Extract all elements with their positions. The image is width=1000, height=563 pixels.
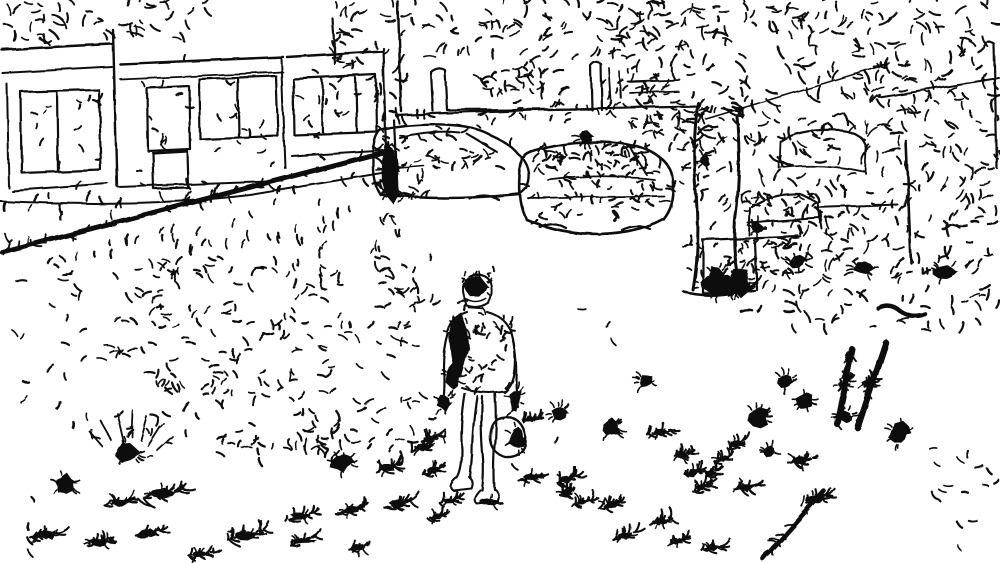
sprinkle-5-mark <box>963 492 969 493</box>
grass-tuft-blade <box>302 515 309 516</box>
grass-tuft-blade <box>869 377 870 385</box>
bush-behind-trunk-mark <box>660 159 661 168</box>
wall-top-grass-mark <box>518 108 523 109</box>
grass-tuft-core-hair <box>579 495 580 499</box>
grass-tuft-blade <box>720 458 721 461</box>
grass-tuft-blade <box>431 437 438 438</box>
trunk-texture-mark <box>708 126 717 127</box>
grass-tuft-blade <box>739 443 745 444</box>
leaf-field-main-mark <box>324 325 330 326</box>
bush-right-of-pole-mark <box>979 295 985 296</box>
car-mid-texture-mark <box>807 206 808 214</box>
leaf-clump-hair <box>546 414 551 415</box>
bushes-right-mark <box>825 139 834 140</box>
bush-dark-4-hair <box>763 229 766 230</box>
car-right-glass-mark <box>590 150 591 155</box>
foliage-top-right-mark <box>998 116 999 121</box>
grass-tuft-blade <box>228 534 229 539</box>
sprinkle-2-mark <box>289 439 290 445</box>
leaf-field-main-mark <box>231 390 232 395</box>
far-wall-bottom <box>447 109 593 110</box>
foliage-top-right-mark <box>937 0 938 1</box>
leaf-field-main-mark <box>332 429 333 439</box>
curb-hatch-mark <box>111 249 112 258</box>
grass-tuft-blade <box>871 374 872 382</box>
foliage-top-right-mark <box>718 16 719 21</box>
sprinkle-7-mark <box>27 523 28 530</box>
sprinkle-1-mark <box>73 422 74 428</box>
bush-dark-4-hair <box>756 233 757 240</box>
foliage-top-right-mark <box>913 94 914 103</box>
foliage-top-left-mark <box>44 15 45 23</box>
sketch-image <box>0 0 1000 563</box>
grass-base-mark <box>125 239 126 245</box>
leaf-clump-hair <box>341 472 342 478</box>
curb-hatch-mark <box>172 234 173 241</box>
wall-top-grass-mark <box>655 114 662 115</box>
hedge-far-2-mark <box>654 75 658 76</box>
grass-tuft-blade <box>537 476 544 477</box>
leaf-field-main-mark <box>278 323 279 329</box>
foliage-top-left-mark <box>38 35 44 36</box>
hedge-far-2-mark <box>628 69 629 73</box>
leaf-field-main-mark <box>233 321 242 322</box>
grass-tuft-blade <box>698 471 706 472</box>
foliage-top-right-mark <box>970 111 971 116</box>
car-right-glass-mark <box>607 153 615 154</box>
car-right-body-mark <box>612 207 619 208</box>
car-right-glass-mark <box>615 156 620 157</box>
leaf-field-main-mark <box>297 259 298 265</box>
foliage-top-right-mark <box>637 13 643 14</box>
leaf-field-main-mark <box>182 337 187 338</box>
facade-marks-mark <box>137 171 142 172</box>
leaf-field-main-mark <box>414 306 415 311</box>
leaf-field-main-mark <box>148 456 153 457</box>
leaf-field-main-mark <box>319 274 320 282</box>
leaf-clump-hair <box>804 390 805 394</box>
hedge-far-mark <box>511 89 519 90</box>
leaf-field-main-mark <box>401 397 402 403</box>
grass-base-mark <box>302 238 303 243</box>
bush-dark-4-hair <box>758 217 759 224</box>
leaf-field-main-mark <box>379 282 385 283</box>
grass-tuft-core-hair <box>145 494 150 495</box>
foliage-right-edge-mark <box>988 168 994 169</box>
window-reflect-1-mark <box>80 105 81 109</box>
foliage-top-right-mark <box>825 11 826 18</box>
grass-streak-2-hair <box>879 363 880 369</box>
person-shoulder-scribble-mark <box>475 329 476 333</box>
leaf-field-main-mark <box>236 305 237 311</box>
grass-tuft-blade <box>670 508 671 518</box>
person-hair-spikes-mark <box>464 272 465 275</box>
leaf-clump-hair <box>813 400 819 401</box>
grass-base-mark <box>375 240 376 251</box>
curb-hatch-mark <box>226 239 227 249</box>
leaf-field-left-mark <box>67 314 68 320</box>
leaf-field-main-mark <box>322 438 328 439</box>
window-reflect-3-mark <box>249 129 250 137</box>
bushes-right-mark <box>785 311 794 312</box>
grass-tuft-blade <box>731 450 732 455</box>
curb-hatch-mark <box>28 237 29 243</box>
foliage-top-left-mark <box>67 13 68 22</box>
car-mid-texture-mark <box>826 229 827 234</box>
car-left-texture-mark <box>422 140 427 141</box>
grass-base-mark <box>333 222 334 231</box>
grass-tuft-blade <box>445 510 446 514</box>
grass-tuft-blade <box>788 462 792 463</box>
wall-top-grass-mark <box>526 116 527 120</box>
car-left-texture-mark <box>405 147 410 148</box>
leaf-field-left-mark <box>16 280 26 281</box>
person-hand-dark-hair <box>445 410 446 414</box>
pillar-dark-hair <box>378 168 382 169</box>
bushes-right-mark <box>845 304 851 305</box>
sketch-canvas <box>0 0 1000 563</box>
grass-tuft-core-hair <box>632 535 638 536</box>
leaf-field-main-mark <box>338 272 339 282</box>
foliage-top-right-mark <box>989 43 994 44</box>
grass-tuft-blade <box>574 496 575 503</box>
leaf-clump-hair <box>853 416 858 417</box>
leaf-clump-hair <box>140 451 144 452</box>
pillar-texture-mark <box>390 216 394 217</box>
grass-tuft-core-hair <box>712 458 718 459</box>
grass-tuft-blade <box>716 463 717 471</box>
curb-hatch-mark <box>189 245 190 255</box>
foliage-top-mid-mark <box>545 35 552 36</box>
sprinkle-2-mark <box>272 443 273 448</box>
planter-column-2-hair <box>749 282 754 283</box>
grass-tuft-blade <box>698 485 699 489</box>
bush-right-of-pole-mark <box>952 297 953 306</box>
grass-tuft-blade <box>573 487 574 490</box>
between-poles-mark <box>380 84 381 94</box>
grass-tuft-blade <box>54 532 57 533</box>
sprinkle-3-mark <box>430 254 431 259</box>
sprinkle-5-mark <box>944 486 953 487</box>
bushes-right-mark <box>799 285 800 293</box>
grass-tuft-blade <box>445 500 451 501</box>
leaf-clump-hair <box>756 403 757 408</box>
person-jacket-dark-hair <box>461 315 462 319</box>
between-poles-mark <box>353 62 354 70</box>
foliage-top-right-mark <box>955 99 964 100</box>
foliage-top-right-mark <box>888 99 889 106</box>
grass-tuft-blade <box>425 430 426 439</box>
bushes-right-mark <box>843 248 852 249</box>
person-bag-shade-hair <box>515 423 516 426</box>
grass-tuft-blade <box>691 446 692 453</box>
foliage-top-right-mark <box>835 2 836 10</box>
leaf-field-main-mark <box>338 284 343 285</box>
foliage-right-edge-mark <box>972 221 979 222</box>
facade-marks-mark <box>184 55 185 61</box>
grass-tuft-core-hair <box>53 535 58 536</box>
person-hair-spikes-mark <box>493 267 494 271</box>
leaf-field-main-mark <box>310 295 317 296</box>
person-torso-scribble-mark <box>481 375 482 381</box>
grass-tuft-blade <box>562 488 563 494</box>
grass-tuft-blade <box>300 541 306 542</box>
car-front-dark-hair <box>584 143 585 148</box>
bush-right-of-pole-mark <box>907 271 912 272</box>
leaf-clump-hair <box>634 382 638 383</box>
bush-behind-trunk-mark <box>687 119 693 120</box>
curb-hatch-mark <box>399 230 400 237</box>
leaf-ray <box>132 411 133 437</box>
leaf-field-main-mark <box>302 409 303 415</box>
grass-streak-3-hair <box>807 510 808 514</box>
person-shoe-sole-hair <box>497 501 502 502</box>
leaf-field-main-mark <box>145 372 155 373</box>
leaf-field-main-mark <box>302 322 308 323</box>
trunk-texture-mark <box>733 103 737 104</box>
foliage-top-left-mark <box>86 11 91 12</box>
grass-tuft-blade <box>814 500 820 501</box>
grass-tuft-blade <box>662 510 663 521</box>
leaf-field-main-mark <box>230 359 237 360</box>
grass-tuft-blade <box>656 429 657 433</box>
leaf-field-main-mark <box>401 337 402 346</box>
trunk-texture-mark <box>722 136 723 141</box>
planter-column-1-hair <box>716 296 717 303</box>
foliage-top-right-mark <box>713 6 719 7</box>
foliage-top-left-mark <box>44 35 45 41</box>
grass-tuft-blade <box>184 489 195 490</box>
hedge-far-mark <box>542 84 543 92</box>
bushes-right-mark <box>822 250 832 251</box>
person-shoulder-scribble-mark <box>511 322 512 328</box>
sprinkle-6-mark <box>579 310 587 311</box>
car-right-body-mark <box>579 215 583 216</box>
grass-tuft-blade <box>707 476 715 477</box>
leaf-field-main-mark <box>376 306 383 307</box>
sprinkle-5-mark <box>968 520 976 521</box>
leaf-clump-hair <box>832 416 838 417</box>
car-right-glass-mark <box>570 158 579 159</box>
sprinkle-4-mark <box>429 419 436 420</box>
window-reflect-1-mark <box>45 106 50 107</box>
leaf-field-main-mark <box>220 352 226 353</box>
curb-hatch-mark <box>109 240 110 245</box>
leaf-field-main-mark <box>189 305 190 311</box>
leaf-field-main-mark <box>413 401 419 402</box>
grass-tuft-core-hair <box>692 464 693 470</box>
foliage-top-right-mark <box>888 42 898 43</box>
leaf-field-main-mark <box>341 321 342 329</box>
leaf-field-main-mark <box>249 392 254 393</box>
person-jacket-dark-2-hair <box>452 390 453 396</box>
leaf-field-main-mark <box>245 348 251 349</box>
bush-behind-trunk-mark <box>646 172 652 173</box>
curb-hatch-mark <box>161 234 162 240</box>
grass-base-mark <box>49 194 50 199</box>
grass-tuft-blade <box>107 533 108 539</box>
bushes-right-mark <box>815 160 825 161</box>
grass-base-mark <box>324 218 325 224</box>
grass-streak-2-hair <box>882 354 883 358</box>
grass-tuft-core-hair <box>161 483 162 489</box>
hedge-far-mark <box>505 81 506 91</box>
trunk-texture-mark <box>741 261 745 262</box>
bushes-right-mark <box>902 295 903 300</box>
bushes-right-mark <box>760 262 766 263</box>
foliage-top-right-mark <box>950 51 951 62</box>
foliage-right-edge-mark <box>966 242 972 243</box>
grass-base-mark <box>319 200 320 206</box>
foliage-top-right-mark <box>992 24 1000 25</box>
bush-right-of-pole-mark <box>923 268 924 274</box>
trunk-texture-mark <box>711 106 712 111</box>
leaf-field-main-mark <box>264 334 273 335</box>
grass-tuft-core-hair <box>531 413 532 417</box>
leaf-field-main-mark <box>318 375 324 376</box>
person-torso-scribble-mark <box>505 345 506 350</box>
leaf-field-main-mark <box>407 441 417 442</box>
foliage-right-edge-mark <box>918 185 919 190</box>
leaf-field-main-mark <box>290 373 291 380</box>
trunk-base-dark-hair <box>747 286 751 287</box>
hedge-far-mark <box>518 69 519 77</box>
foliage-right-edge-mark <box>995 206 996 215</box>
wall-top-grass-mark <box>651 117 652 121</box>
foliage-top-right-mark <box>939 79 945 80</box>
grass-tuft-core-hair <box>833 385 837 386</box>
car-front-dark-hair <box>572 136 579 137</box>
foliage-top-left-mark <box>14 31 15 41</box>
grass-tuft-blade <box>387 507 391 508</box>
foliage-top-right-mark <box>815 47 816 55</box>
sprinkle-5-mark <box>967 450 968 457</box>
leaf-clump-hair <box>768 416 772 417</box>
leaf-field-main-mark <box>233 350 234 357</box>
grass-base-mark <box>337 208 338 218</box>
grass-streak-1-hair <box>842 394 843 399</box>
foliage-top-right-mark <box>685 18 686 25</box>
curb-line-hair <box>187 204 197 205</box>
hedge-far-mark <box>490 90 491 96</box>
leaf-field-main-mark <box>255 268 263 269</box>
leaf-field-main-mark <box>345 332 352 333</box>
car-right-glass-mark <box>547 167 555 168</box>
bushes-right-mark <box>907 226 908 232</box>
post-small-2 <box>620 72 621 98</box>
leaf-field-main-mark <box>215 373 223 374</box>
foliage-top-right-mark <box>767 7 774 8</box>
person-torso-scribble-mark <box>469 360 474 361</box>
grass-streak-2-hair <box>860 419 861 427</box>
bushes-right-mark <box>870 326 876 327</box>
foliage-top-mid-mark <box>458 50 459 55</box>
grass-tuft-blade <box>576 476 587 477</box>
foliage-right-edge-mark <box>950 146 951 152</box>
leaf-clump-hair <box>807 408 808 411</box>
car-right-glass-mark <box>635 153 642 154</box>
bush-right-of-pole-mark <box>927 268 928 273</box>
leaf-field-main-mark <box>204 394 209 395</box>
grass-tuft-blade <box>105 506 112 507</box>
grass-tuft-blade <box>253 533 265 534</box>
leaf-field-main-mark <box>222 400 223 407</box>
grass-tuft-blade <box>259 520 260 531</box>
leaf-field-main-mark <box>328 367 334 368</box>
grass-tuft-blade <box>724 459 732 460</box>
grass-streak-3-hair <box>772 548 773 555</box>
grass-tuft-blade <box>801 459 804 460</box>
hedge-far-mark <box>502 70 509 71</box>
bush-behind-trunk-mark <box>699 174 700 182</box>
foliage-top-right-mark <box>891 132 903 133</box>
paper-background <box>0 0 1000 563</box>
grass-tuft-core-hair <box>555 491 560 492</box>
car-mid-texture-mark <box>781 232 785 233</box>
trunk-texture-mark <box>744 201 749 202</box>
between-poles-mark <box>337 92 338 99</box>
grass-tuft-core-hair <box>433 461 434 466</box>
bushes-right-mark <box>866 191 872 192</box>
grass-tuft-blade <box>88 540 89 545</box>
trunk-texture-mark <box>742 195 743 202</box>
window-reflect-4-mark <box>326 99 327 104</box>
bush-right-of-pole-mark <box>928 322 929 328</box>
curb-hatch-mark <box>94 252 95 257</box>
grass-tuft-blade <box>292 546 300 547</box>
leaf-field-main-mark <box>284 314 285 319</box>
